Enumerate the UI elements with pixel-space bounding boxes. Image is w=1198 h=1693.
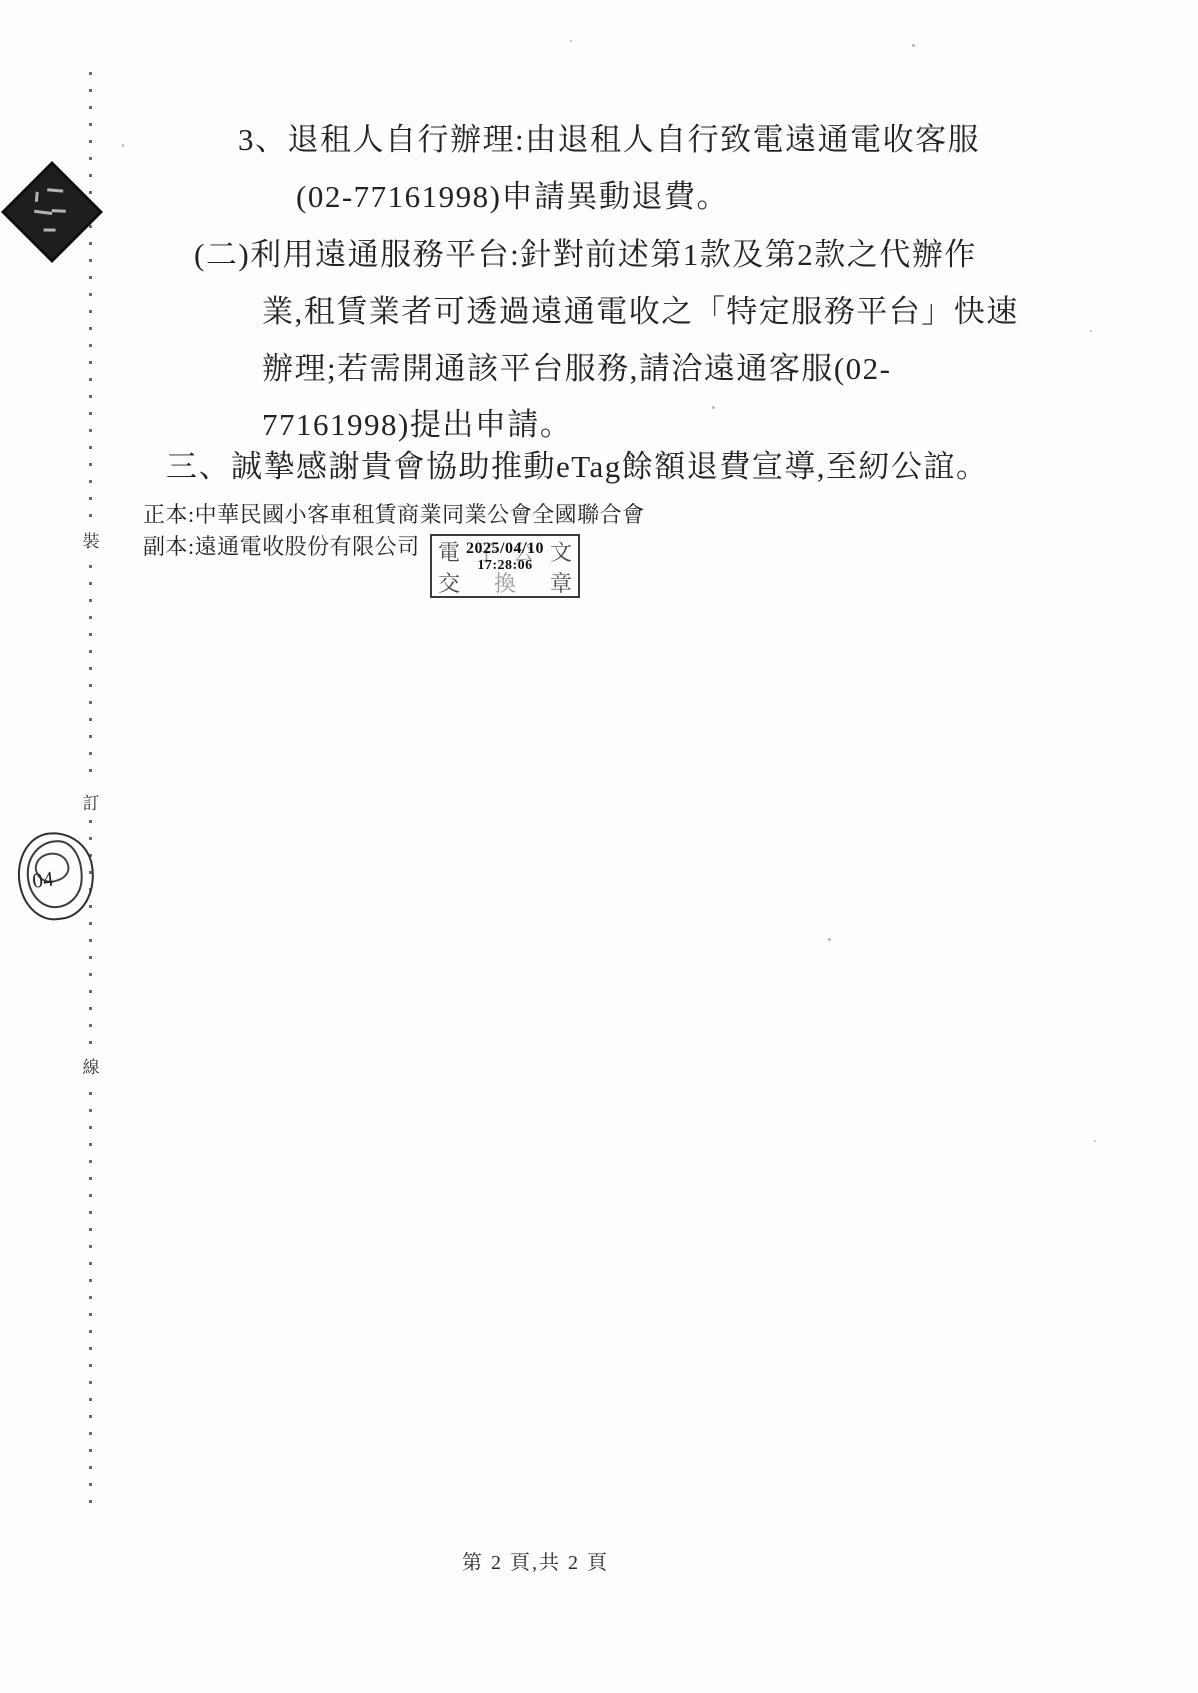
scan-speck bbox=[912, 44, 915, 47]
scan-speck bbox=[828, 938, 831, 941]
stamp-char-huan: 換 bbox=[494, 567, 516, 598]
stamp-glyph-mark bbox=[35, 192, 39, 202]
recipient-copy: 副本:遠通電收股份有限公司 bbox=[143, 530, 420, 561]
binding-label-xian: 線 bbox=[80, 1050, 102, 1081]
corner-diamond-stamp bbox=[1, 161, 103, 263]
electronic-exchange-stamp: 電 子 公 文 交 換 章 2025/04/10 17:28:06 bbox=[430, 534, 580, 598]
binding-label-zhuang: 裝 bbox=[80, 524, 102, 555]
stamp-char-dian: 電 bbox=[438, 536, 460, 567]
body-line-1: 3、退租人自行辦理:由退租人自行致電遠通電收客服 bbox=[238, 114, 980, 159]
stamp-char-jiao: 交 bbox=[438, 567, 460, 598]
stamp-glyph-mark bbox=[47, 188, 63, 192]
body-line-3: (二)利用遠通服務平台:針對前述第1款及第2款之代辦作 bbox=[194, 229, 977, 274]
exchange-stamp-bottom-row: 交 換 章 bbox=[432, 567, 578, 598]
stamp-glyph-mark bbox=[52, 209, 66, 213]
body-line-4: 業,租賃業者可透過遠通電收之「特定服務平台」快速 bbox=[262, 286, 1019, 331]
binding-label-ding: 訂 bbox=[80, 786, 102, 817]
body-line-7: 三、誠摯感謝貴會協助推動eTag餘額退費宣導,至紉公誼。 bbox=[166, 441, 989, 486]
side-round-stamp: 04 bbox=[13, 828, 99, 925]
stamp-glyph-mark bbox=[44, 229, 56, 232]
stamp-char-gong: 公 bbox=[513, 536, 535, 567]
scan-speck bbox=[1094, 1140, 1096, 1142]
stamp-number: 04 bbox=[31, 866, 55, 893]
exchange-stamp-top-row: 電 子 公 文 bbox=[432, 536, 578, 567]
scan-speck bbox=[1090, 330, 1092, 332]
stamp-glyph-mark bbox=[34, 210, 52, 215]
recipient-original: 正本:中華民國小客車租賃商業同業公會全國聯合會 bbox=[143, 498, 645, 529]
stamp-char-zi: 子 bbox=[475, 536, 497, 567]
scan-speck bbox=[570, 40, 572, 42]
stamp-char-wen: 文 bbox=[550, 536, 572, 567]
body-line-6: 77161998)提出申請。 bbox=[262, 399, 572, 444]
page-number-footer: 第 2 頁,共 2 頁 bbox=[462, 1546, 609, 1575]
scan-speck bbox=[122, 144, 124, 147]
stamp-char-zhang: 章 bbox=[550, 567, 572, 598]
body-line-2: (02-77161998)申請異動退費。 bbox=[296, 171, 729, 216]
scan-speck bbox=[712, 406, 715, 409]
body-line-5: 辦理;若需開通該平台服務,請洽遠通客服(02- bbox=[262, 343, 892, 388]
